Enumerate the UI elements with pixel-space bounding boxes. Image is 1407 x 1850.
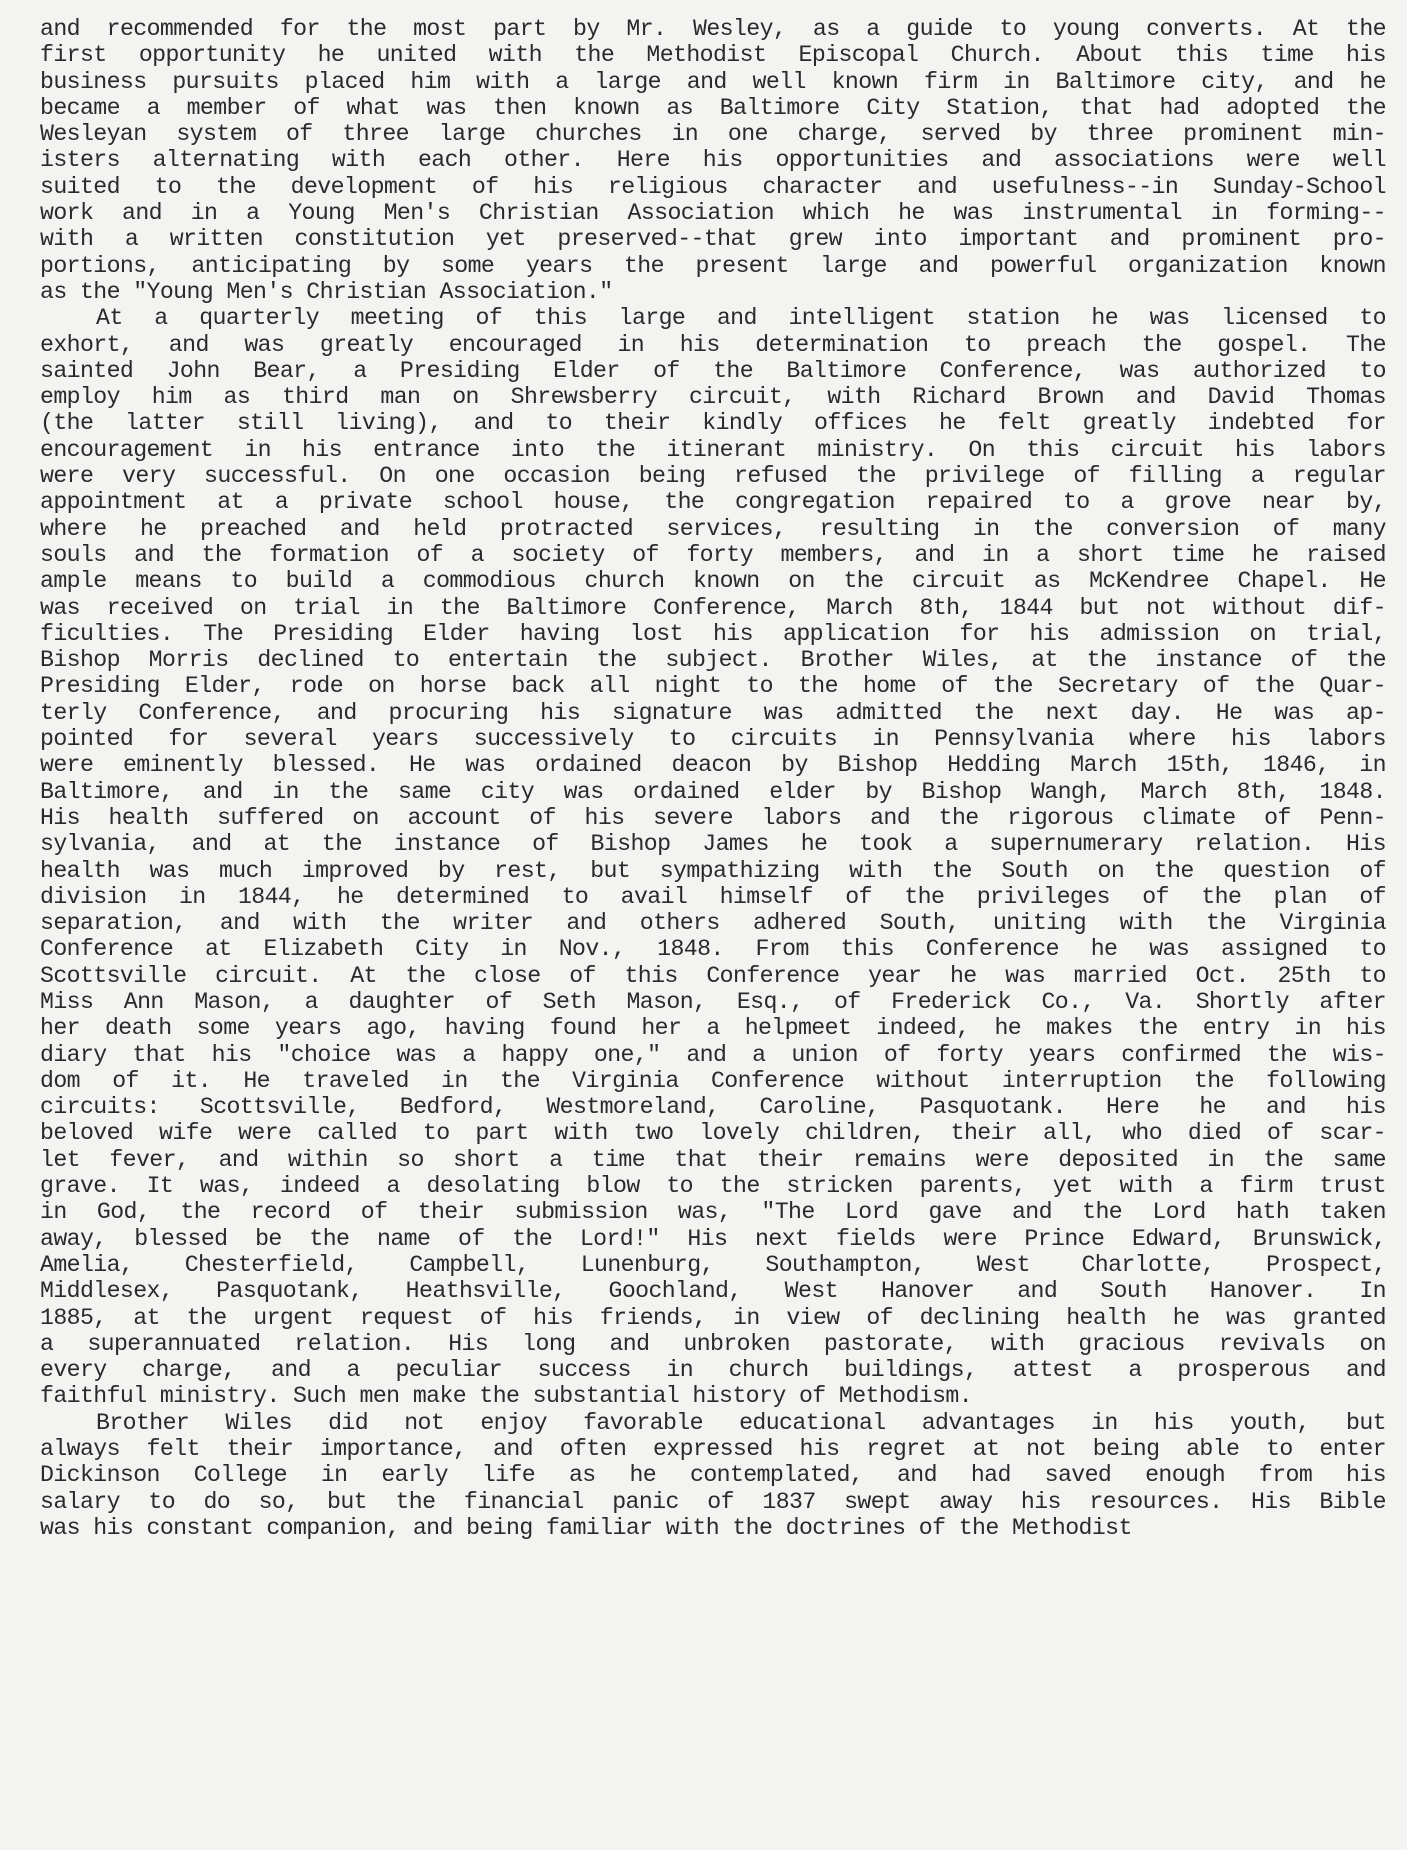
text-line: business pursuits placed him with a larg… [40, 69, 1386, 95]
text-line: were very successful. On one occasion be… [40, 463, 1386, 489]
text-line: Baltimore, and in the same city was orda… [40, 779, 1386, 805]
paragraph: Brother Wiles did not enjoy favorable ed… [40, 1410, 1386, 1541]
text-line: work and in a Young Men's Christian Asso… [40, 200, 1386, 226]
text-line: first opportunity he united with the Met… [40, 42, 1386, 68]
text-line: dom of it. He traveled in the Virginia C… [40, 1068, 1386, 1094]
text-line: Dickinson College in early life as he co… [40, 1462, 1386, 1488]
text-line: where he preached and held protracted se… [40, 516, 1386, 542]
text-line: terly Conference, and procuring his sign… [40, 700, 1386, 726]
document-page: and recommended for the most part by Mr.… [40, 16, 1386, 1541]
text-line: Scottsville circuit. At the close of thi… [40, 963, 1386, 989]
text-line: salary to do so, but the financial panic… [40, 1489, 1386, 1515]
text-line: appointment at a private school house, t… [40, 489, 1386, 515]
text-line: as the "Young Men's Christian Associatio… [40, 279, 1386, 305]
text-line: Brother Wiles did not enjoy favorable ed… [40, 1410, 1386, 1436]
paragraph: At a quarterly meeting of this large and… [40, 305, 1386, 1409]
text-line: let fever, and within so short a time th… [40, 1147, 1386, 1173]
text-line: exhort, and was greatly encouraged in hi… [40, 332, 1386, 358]
text-line: was his constant companion, and being fa… [40, 1515, 1386, 1541]
text-line: employ him as third man on Shrewsberry c… [40, 384, 1386, 410]
text-line: (the latter still living), and to their … [40, 410, 1386, 436]
text-line: faithful ministry. Such men make the sub… [40, 1383, 1386, 1409]
text-line: Middlesex, Pasquotank, Heathsville, Gooc… [40, 1278, 1386, 1304]
text-line: with a written constitution yet preserve… [40, 226, 1386, 252]
text-line: Wesleyan system of three large churches … [40, 121, 1386, 147]
text-line: suited to the development of his religio… [40, 174, 1386, 200]
text-line: a superannuated relation. His long and u… [40, 1331, 1386, 1357]
text-line: isters alternating with each other. Here… [40, 147, 1386, 173]
text-line: circuits: Scottsville, Bedford, Westmore… [40, 1094, 1386, 1120]
text-line: Amelia, Chesterfield, Campbell, Lunenbur… [40, 1252, 1386, 1278]
text-line: ficulties. The Presiding Elder having lo… [40, 621, 1386, 647]
text-line: away, blessed be the name of the Lord!" … [40, 1226, 1386, 1252]
text-line: sainted John Bear, a Presiding Elder of … [40, 358, 1386, 384]
text-line: sylvania, and at the instance of Bishop … [40, 831, 1386, 857]
text-line: every charge, and a peculiar success in … [40, 1357, 1386, 1383]
text-line: encouragement in his entrance into the i… [40, 437, 1386, 463]
text-line: Bishop Morris declined to entertain the … [40, 647, 1386, 673]
text-line: ample means to build a commodious church… [40, 568, 1386, 594]
text-line: souls and the formation of a society of … [40, 542, 1386, 568]
text-line: in God, the record of their submission w… [40, 1199, 1386, 1225]
text-line: pointed for several years successively t… [40, 726, 1386, 752]
text-line: Miss Ann Mason, a daughter of Seth Mason… [40, 989, 1386, 1015]
text-line: her death some years ago, having found h… [40, 1015, 1386, 1041]
text-line: separation, and with the writer and othe… [40, 910, 1386, 936]
text-line: health was much improved by rest, but sy… [40, 858, 1386, 884]
paragraph: and recommended for the most part by Mr.… [40, 16, 1386, 305]
text-line: portions, anticipating by some years the… [40, 253, 1386, 279]
text-line: grave. It was, indeed a desolating blow … [40, 1173, 1386, 1199]
text-line: beloved wife were called to part with tw… [40, 1120, 1386, 1146]
text-line: His health suffered on account of his se… [40, 805, 1386, 831]
text-line: division in 1844, he determined to avail… [40, 884, 1386, 910]
text-line: At a quarterly meeting of this large and… [40, 305, 1386, 331]
text-line: diary that his "choice was a happy one,"… [40, 1042, 1386, 1068]
text-line: always felt their importance, and often … [40, 1436, 1386, 1462]
text-line: Presiding Elder, rode on horse back all … [40, 673, 1386, 699]
text-line: were eminently blessed. He was ordained … [40, 752, 1386, 778]
text-line: 1885, at the urgent request of his frien… [40, 1305, 1386, 1331]
text-line: became a member of what was then known a… [40, 95, 1386, 121]
text-line: was received on trial in the Baltimore C… [40, 595, 1386, 621]
text-line: and recommended for the most part by Mr.… [40, 16, 1386, 42]
text-line: Conference at Elizabeth City in Nov., 18… [40, 936, 1386, 962]
